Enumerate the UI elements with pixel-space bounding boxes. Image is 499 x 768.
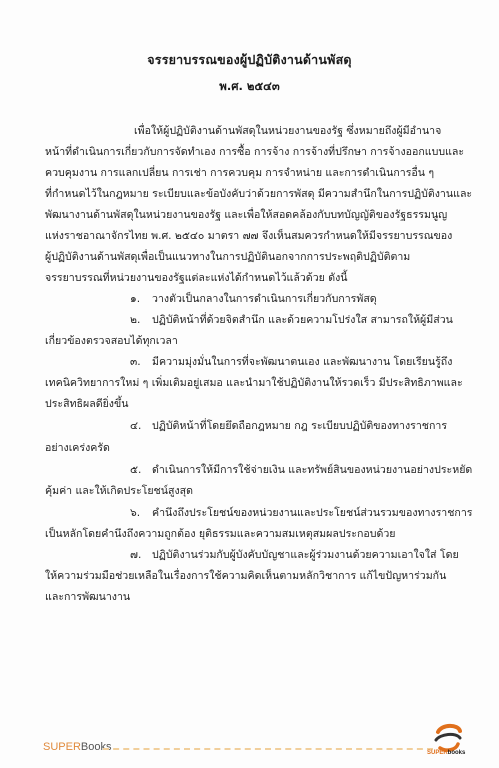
item-1-line-1: วางตัวเป็นกลางในการดำเนินการเกี่ยวกับการ… (152, 292, 377, 306)
item-3-line-1: มีความมุ่งมั่นในการที่จะพัฒนาตนเอง และพั… (152, 355, 452, 369)
item-5-line-2: คุ้มค่า และให้เกิดประโยชน์สูงสุด (45, 484, 193, 498)
item-number-5: ๕. (130, 463, 141, 477)
footer-brand-books: Books (81, 741, 112, 753)
item-2-line-1: ปฏิบัติหน้าที่ด้วยจิตสำนึก และด้วยความโป… (152, 313, 453, 327)
item-7-line-2: ให้ความร่วมมือช่วยเหลือในเรื่องการใช้ควา… (45, 569, 446, 583)
item-4-line-1: ปฏิบัติหน้าที่โดยยึดถือกฎหมาย กฎ ระเบียบ… (152, 419, 447, 433)
footer-divider (103, 748, 433, 750)
item-number-1: ๑. (130, 292, 140, 306)
item-2-line-2: เกี่ยวข้องตรวจสอบได้ทุกเวลา (45, 334, 178, 348)
item-7-line-3: และการพัฒนางาน (45, 590, 130, 604)
item-number-2: ๒. (130, 313, 140, 327)
document-year: พ.ศ. ๒๕๔๓ (0, 78, 499, 96)
intro-line-6: แห่งราชอาณาจักรไทย พ.ศ. ๒๕๔๐ มาตรา ๗๗ จึ… (45, 229, 452, 243)
superbooks-logo-text: SUPERbooks (427, 750, 465, 756)
intro-line-4: ที่กำหนดไว้ในกฎหมาย ระเบียบและข้อบังคับว… (45, 187, 472, 201)
item-number-3: ๓. (130, 355, 141, 369)
intro-line-2: หน้าที่ดำเนินการเกี่ยวกับการจัดทำเอง การ… (45, 145, 464, 159)
intro-line-3: ควบคุมงาน การแลกเปลี่ยน การเช่า การควบคุ… (45, 166, 434, 180)
intro-line-7: ผู้ปฏิบัติงานด้านพัสดุเพื่อเป็นแนวทางในก… (45, 250, 410, 264)
item-6-line-1: คำนึงถึงประโยชน์ของหน่วยงานและประโยชน์ส่… (152, 506, 472, 520)
intro-line-1: เพื่อให้ผู้ปฏิบัติงานด้านพัสดุในหน่วยงาน… (134, 124, 441, 138)
footer-brand-super: SUPER (43, 741, 81, 753)
intro-line-5: พัฒนางานด้านพัสดุในหน่วยงานของรัฐ และเพื… (45, 208, 447, 222)
intro-line-8: จรรยาบรรณที่หน่วยงานของรัฐแต่ละแห่งได้กำ… (45, 271, 348, 285)
item-7-line-1: ปฏิบัติงานร่วมกับผู้บังคับบัญชาและผู้ร่ว… (152, 548, 459, 562)
item-4-line-2: อย่างเคร่งครัด (45, 441, 110, 455)
document-title: จรรยาบรรณของผู้ปฏิบัติงานด้านพัสดุ (0, 50, 499, 70)
item-6-line-2: เป็นหลักโดยคำนึงถึงความถูกต้อง ยุติธรรมแ… (45, 527, 395, 541)
item-5-line-1: ดำเนินการให้มีการใช้จ่ายเงิน และทรัพย์สิ… (152, 463, 472, 477)
document-page: จรรยาบรรณของผู้ปฏิบัติงานด้านพัสดุ พ.ศ. … (0, 0, 499, 768)
item-number-6: ๖. (130, 506, 140, 520)
item-number-7: ๗. (130, 548, 141, 562)
footer-brand: SUPERBooks (43, 741, 111, 753)
item-3-line-3: ประสิทธิผลดียิ่งขึ้น (45, 397, 128, 411)
item-number-4: ๔. (130, 419, 141, 433)
item-3-line-2: เทคนิควิทยาการใหม่ ๆ เพิ่มเติมอยู่เสมอ แ… (45, 376, 463, 390)
